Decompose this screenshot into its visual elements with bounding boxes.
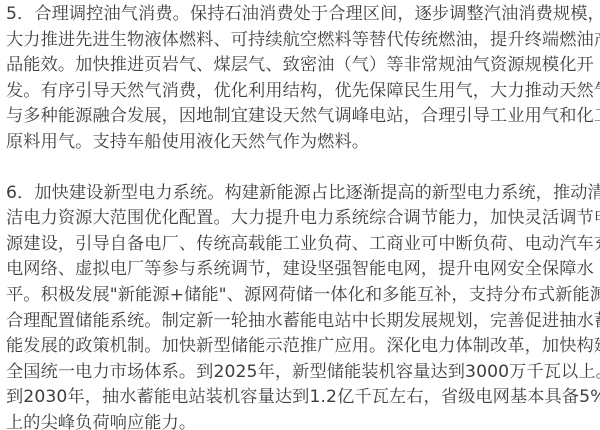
paragraph-5-oil-gas-consumption: 5．合理调控油气消费。保持石油消费处于合理区间，逐步调整汽油消费规模， 大力推进… xyxy=(6,2,600,156)
text-line: 6．加快建设新型电力系统。构建新能源占比逐渐提高的新型电力系统，推动清 xyxy=(6,181,600,207)
text-line: 平。积极发展"新能源+储能"、源网荷储一体化和多能互补，支持分布式新能源 xyxy=(6,283,600,309)
text-line: 5．合理调控油气消费。保持石油消费处于合理区间，逐步调整汽油消费规模， xyxy=(6,2,600,28)
text-line: 洁电力资源大范围优化配置。大力提升电力系统综合调节能力，加快灵活调节电 xyxy=(6,206,600,232)
text-line: 大力推进先进生物液体燃料、可持续航空燃料等替代传统燃油，提升终端燃油产 xyxy=(6,28,600,54)
text-line: 能发展的政策机制。加快新型储能示范推广应用。深化电力体制改革，加快构建 xyxy=(6,334,600,360)
text-line: 到2030年，抽水蓄能电站装机容量达到1.2亿千瓦左右，省级电网基本具备5%以 xyxy=(6,385,600,411)
text-line: 源建设，引导自备电厂、传统高载能工业负荷、工商业可中断负荷、电动汽车充 xyxy=(6,232,600,258)
text-line: 与多种能源融合发展，因地制宜建设天然气调峰电站，合理引导工业用气和化工 xyxy=(6,104,600,130)
text-line: 原料用气。支持车船使用液化天然气作为燃料。 xyxy=(6,130,600,156)
text-line: 全国统一电力市场体系。到2025年，新型储能装机容量达到3000万千瓦以上。 xyxy=(6,360,600,386)
text-line: 电网络、虚拟电厂等参与系统调节，建设坚强智能电网，提升电网安全保障水 xyxy=(6,257,600,283)
document-body: 5．合理调控油气消费。保持石油消费处于合理区间，逐步调整汽油消费规模， 大力推进… xyxy=(0,0,600,430)
text-line: 上的尖峰负荷响应能力。 xyxy=(6,411,600,430)
text-line: 合理配置储能系统。制定新一轮抽水蓄能电站中长期发展规划，完善促进抽水蓄 xyxy=(6,309,600,335)
paragraph-6-new-power-system: 6．加快建设新型电力系统。构建新能源占比逐渐提高的新型电力系统，推动清 洁电力资… xyxy=(6,181,600,430)
text-line: 发。有序引导天然气消费，优化利用结构，优先保障民生用气，大力推动天然气 xyxy=(6,79,600,105)
text-line: 品能效。加快推进页岩气、煤层气、致密油（气）等非常规油气资源规模化开 xyxy=(6,53,600,79)
